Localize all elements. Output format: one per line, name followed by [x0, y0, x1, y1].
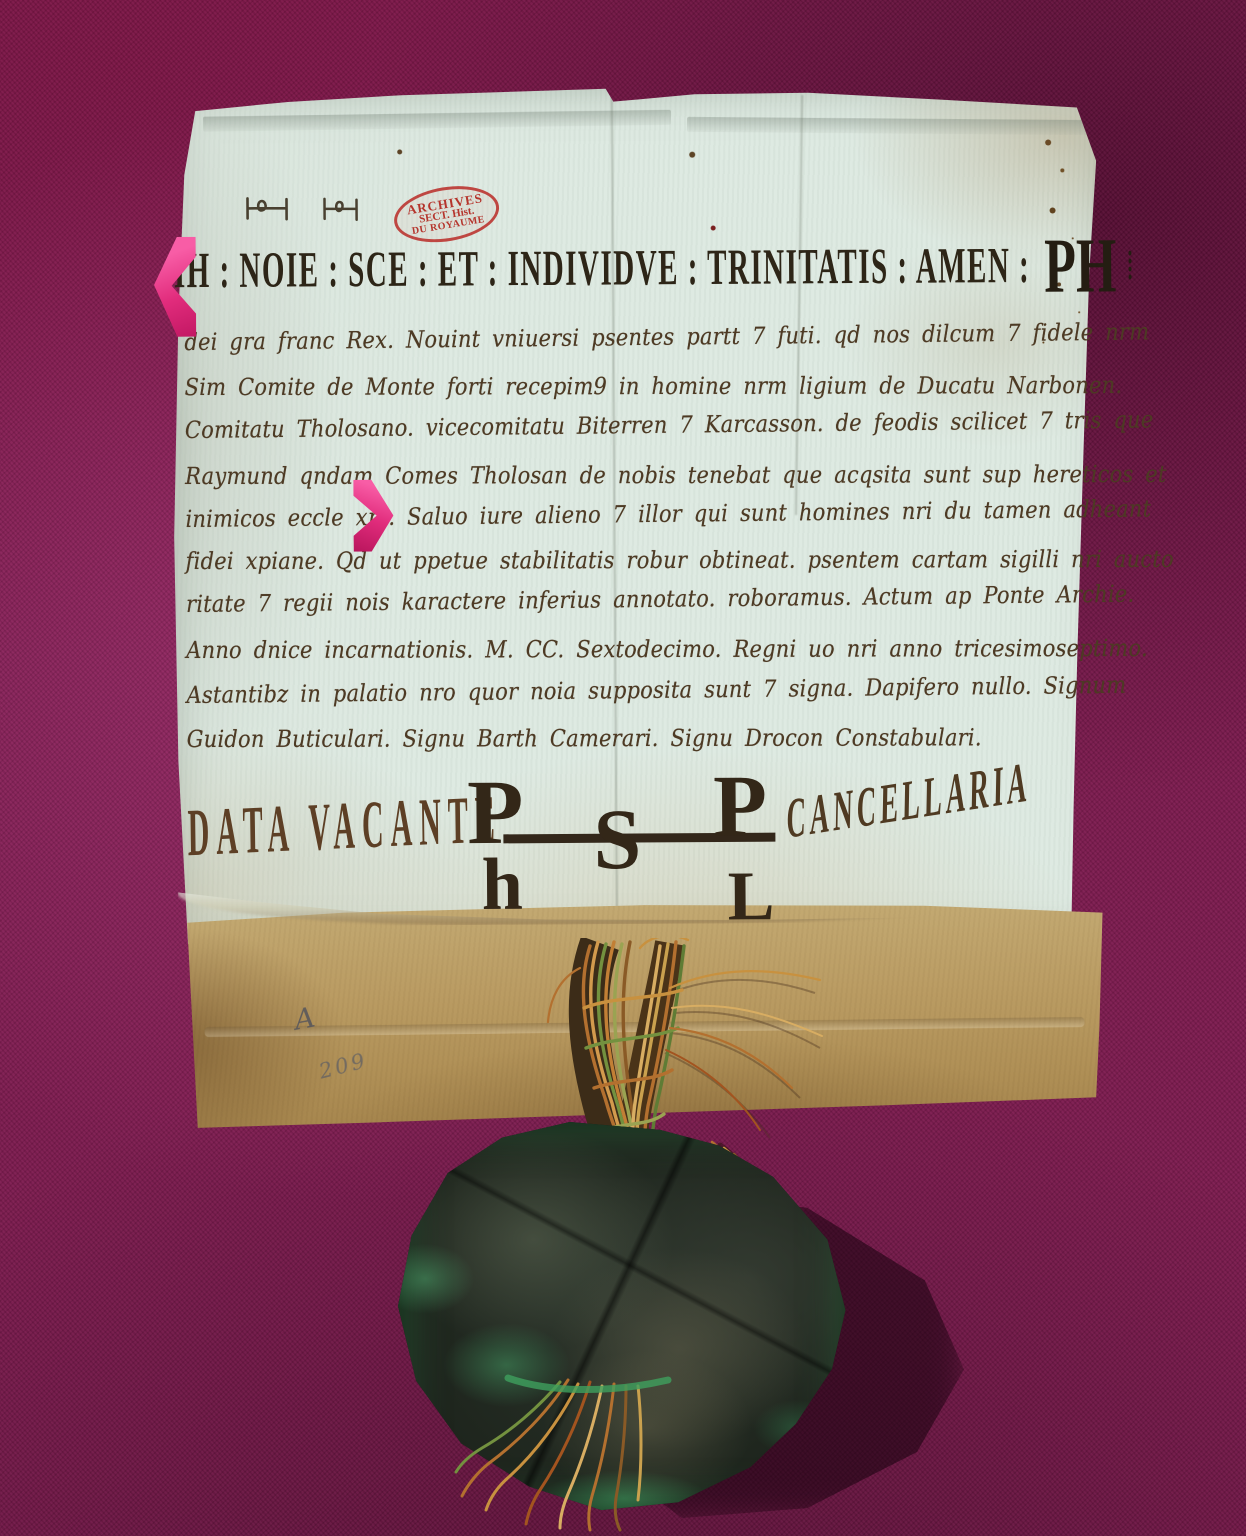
- punctuation-dots: ⁞: [1126, 242, 1136, 290]
- royal-monogram-icon: P h S P L: [465, 749, 806, 961]
- charter-line: ritate 7 regii nois karactere inferius a…: [186, 581, 1098, 618]
- datum-row: DATA VACANTE P h S P L CANCELLARIA: [169, 759, 1116, 955]
- charter-line: Comitatu Tholosano. vicecomitatu Biterre…: [185, 407, 1097, 444]
- invocation-text: IH : NOIE : SCE : ET : INDIVIDVE : TRINI…: [174, 238, 1031, 301]
- datum-text-left: DATA VACANTE: [187, 783, 502, 874]
- charter-line: Guidon Buticulari. Signu Barth Camerari.…: [187, 724, 1099, 753]
- charter-line: Sim Comite de Monte forti recepim9 in ho…: [185, 372, 1097, 401]
- charter-line: Astantibz in palatio nro quor noia suppo…: [186, 672, 1098, 709]
- photograph-medieval-charter: { "scene": { "description": "Photograph …: [0, 0, 1246, 1536]
- charter-line: Anno dnice incarnationis. M. CC. Sextode…: [186, 635, 1098, 664]
- quire-mark-icon: [244, 194, 290, 224]
- cord-fringe-icon: [448, 1372, 748, 1532]
- monogram-letter-l: L: [728, 858, 775, 935]
- royal-initials: PH: [1044, 222, 1117, 311]
- monogram-letter-h: h: [481, 844, 523, 926]
- quire-mark-icon: [321, 196, 359, 224]
- monogram-letter-p2: P: [713, 758, 767, 855]
- charter-line: inimicos eccle xpi. Saluo iure alieno 7 …: [185, 496, 1097, 533]
- invocation-line: IH : NOIE : SCE : ET : INDIVIDVE : TRINI…: [174, 223, 1109, 315]
- charter-line: fidei xpiane. Qd ut ppetue stabilitatis …: [186, 546, 1098, 575]
- charter-line: dei gra franc Rex. Nouint vniuersi psent…: [184, 319, 1096, 356]
- monogram-letter-s: S: [593, 791, 641, 887]
- datum-text-right: CANCELLARIA: [786, 750, 1031, 853]
- charter-line: Raymund qndam Comes Tholosan de nobis te…: [185, 461, 1097, 490]
